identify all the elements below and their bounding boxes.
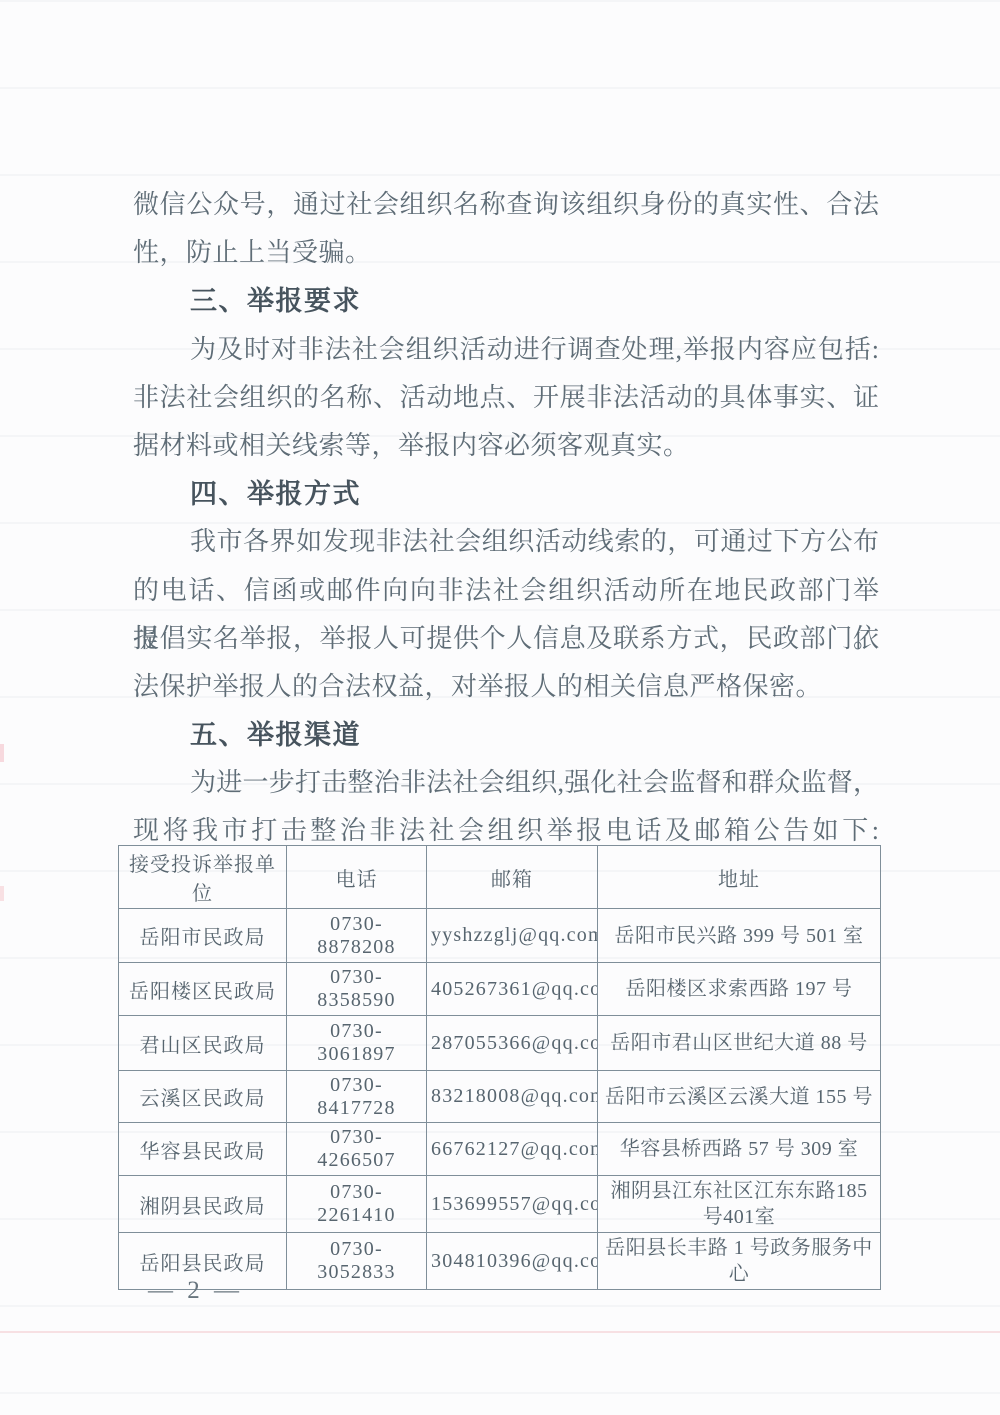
body-line: 据材料或相关线索等，举报内容必须客观真实。	[133, 422, 879, 470]
body-line: 微信公众号，通过社会组织名称查询该组织身份的真实性、合法	[133, 181, 879, 229]
unit-cell: 岳阳楼区民政局	[119, 963, 287, 1016]
body-line: 我市各界如发现非法社会组织活动线索的，可通过下方公布	[133, 518, 879, 566]
email-cell: yyshzzglj@qq.com	[427, 909, 598, 963]
address-cell: 岳阳楼区求索西路 197 号	[598, 963, 881, 1016]
section-heading-channels: 五、举报渠道	[133, 711, 879, 759]
complaint-contact-table: 接受投诉举报单位 电话 邮箱 地址 岳阳市民政局 0730-8878208 yy…	[118, 845, 881, 1290]
email-cell: 304810396@qq.com	[427, 1233, 598, 1290]
section-heading-methods: 四、举报方式	[133, 470, 879, 518]
table-row: 湘阴县民政局 0730-2261410 153699557@qq.com 湘阴县…	[119, 1176, 881, 1233]
phone-cell: 0730-3052833	[287, 1233, 427, 1290]
table-row: 华容县民政局 0730-4266507 66762127@qq.com 华容县桥…	[119, 1123, 881, 1176]
table-header-phone: 电话	[287, 846, 427, 909]
table-header-email: 邮箱	[427, 846, 598, 909]
body-line: 的电话、信函或邮件向向非法社会组织活动所在地民政部门举报。	[133, 567, 879, 615]
table-row: 君山区民政局 0730-3061897 287055366@qq.com 岳阳市…	[119, 1016, 881, 1071]
section-heading-requirements: 三、举报要求	[133, 277, 879, 325]
email-cell: 287055366@qq.com	[427, 1016, 598, 1071]
table-header-unit: 接受投诉举报单位	[119, 846, 287, 909]
body-line: 为进一步打击整治非法社会组织,强化社会监督和群众监督，	[133, 759, 879, 807]
address-cell: 湘阴县江东社区江东东路185号401室	[598, 1176, 881, 1233]
table-row: 岳阳市民政局 0730-8878208 yyshzzglj@qq.com 岳阳市…	[119, 909, 881, 963]
email-cell: 83218008@qq.com	[427, 1071, 598, 1123]
table-header-address: 地址	[598, 846, 881, 909]
table-header-row: 接受投诉举报单位 电话 邮箱 地址	[119, 846, 881, 909]
address-cell: 岳阳市民兴路 399 号 501 室	[598, 909, 881, 963]
scan-artifact-edge	[0, 744, 4, 762]
phone-cell: 0730-3061897	[287, 1016, 427, 1071]
page-number: — 2 —	[148, 1277, 243, 1305]
body-line: 性，防止上当受骗。	[133, 229, 879, 277]
phone-cell: 0730-4266507	[287, 1123, 427, 1176]
unit-cell: 云溪区民政局	[119, 1071, 287, 1123]
table-row: 云溪区民政局 0730-8417728 83218008@qq.com 岳阳市云…	[119, 1071, 881, 1123]
address-cell: 岳阳县长丰路 1 号政务服务中心	[598, 1233, 881, 1290]
address-cell: 岳阳市云溪区云溪大道 155 号	[598, 1071, 881, 1123]
phone-cell: 0730-8417728	[287, 1071, 427, 1123]
unit-cell: 华容县民政局	[119, 1123, 287, 1176]
email-cell: 153699557@qq.com	[427, 1176, 598, 1233]
address-cell: 华容县桥西路 57 号 309 室	[598, 1123, 881, 1176]
address-cell: 岳阳市君山区世纪大道 88 号	[598, 1016, 881, 1071]
phone-cell: 0730-2261410	[287, 1176, 427, 1233]
unit-cell: 岳阳市民政局	[119, 909, 287, 963]
body-text: 微信公众号，通过社会组织名称查询该组织身份的真实性、合法 性，防止上当受骗。 三…	[133, 181, 879, 856]
email-cell: 405267361@qq.com	[427, 963, 598, 1016]
phone-cell: 0730-8358590	[287, 963, 427, 1016]
scan-artifact-edge	[0, 886, 4, 901]
table-row: 岳阳楼区民政局 0730-8358590 405267361@qq.com 岳阳…	[119, 963, 881, 1016]
unit-cell: 湘阴县民政局	[119, 1176, 287, 1233]
body-line: 法保护举报人的合法权益，对举报人的相关信息严格保密。	[133, 663, 879, 711]
body-line: 为及时对非法社会组织活动进行调查处理,举报内容应包括:	[133, 326, 879, 374]
scan-artifact-line	[0, 1331, 1000, 1333]
body-line: 非法社会组织的名称、活动地点、开展非法活动的具体事实、证	[133, 374, 879, 422]
email-cell: 66762127@qq.com	[427, 1123, 598, 1176]
body-line: 提倡实名举报，举报人可提供个人信息及联系方式，民政部门依	[133, 615, 879, 663]
unit-cell: 君山区民政局	[119, 1016, 287, 1071]
phone-cell: 0730-8878208	[287, 909, 427, 963]
document-page: 微信公众号，通过社会组织名称查询该组织身份的真实性、合法 性，防止上当受骗。 三…	[0, 0, 1000, 1415]
